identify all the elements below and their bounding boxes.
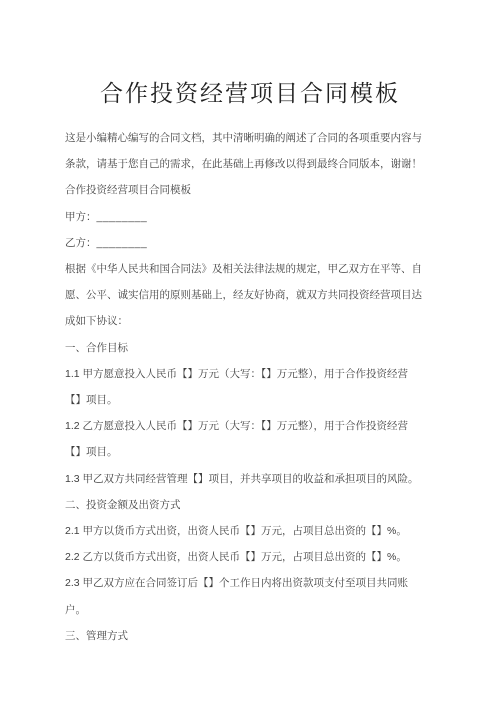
clause-2-2: 2.2 乙方以货币方式出资，出资人民币【】万元，占项目总出资的【】%。 — [65, 544, 423, 570]
preamble-paragraph: 根据《中华人民共和国合同法》及相关法律法规的规定，甲乙双方在平等、自愿、公平、诚… — [65, 256, 423, 335]
section-1-heading: 一、合作目标 — [65, 335, 423, 361]
contract-document-page: 合作投资经营项目合同模板 这是小编精心编写的合同文档，其中清晰明确的阐述了合同的… — [0, 0, 500, 707]
document-title: 合作投资经营项目合同模板 — [0, 78, 500, 108]
party-b-label: 乙方： — [65, 237, 97, 249]
intro-paragraph: 这是小编精心编写的合同文档，其中清晰明确的阐述了合同的各项重要内容与条款，请基于… — [65, 125, 423, 177]
party-a-label: 甲方： — [65, 211, 97, 223]
clause-2-1: 2.1 甲方以货币方式出资，出资人民币【】万元，占项目总出资的【】%。 — [65, 518, 423, 544]
party-a-fill-in-blank: ________ — [97, 211, 148, 223]
document-subtitle: 合作投资经营项目合同模板 — [65, 177, 423, 203]
section-3-heading: 三、管理方式 — [65, 623, 423, 649]
clause-2-3: 2.3 甲乙双方应在合同签订后【】个工作日内将出资款项支付至项目共同账户。 — [65, 570, 423, 622]
section-2-heading: 二、投资金额及出资方式 — [65, 492, 423, 518]
document-body: 这是小编精心编写的合同文档，其中清晰明确的阐述了合同的各项重要内容与条款，请基于… — [65, 125, 423, 649]
party-b-line: 乙方：________ — [65, 230, 423, 256]
party-b-fill-in-blank: ________ — [97, 237, 148, 249]
clause-1-2: 1.2 乙方愿意投入人民币【】万元（大写：【】万元整），用于合作投资经营【】项目… — [65, 413, 423, 465]
clause-1-3: 1.3 甲乙双方共同经营管理【】项目，并共享项目的收益和承担项目的风险。 — [65, 466, 423, 492]
party-a-line: 甲方：________ — [65, 204, 423, 230]
clause-1-1: 1.1 甲方愿意投入人民币【】万元（大写：【】万元整），用于合作投资经营【】项目… — [65, 361, 423, 413]
